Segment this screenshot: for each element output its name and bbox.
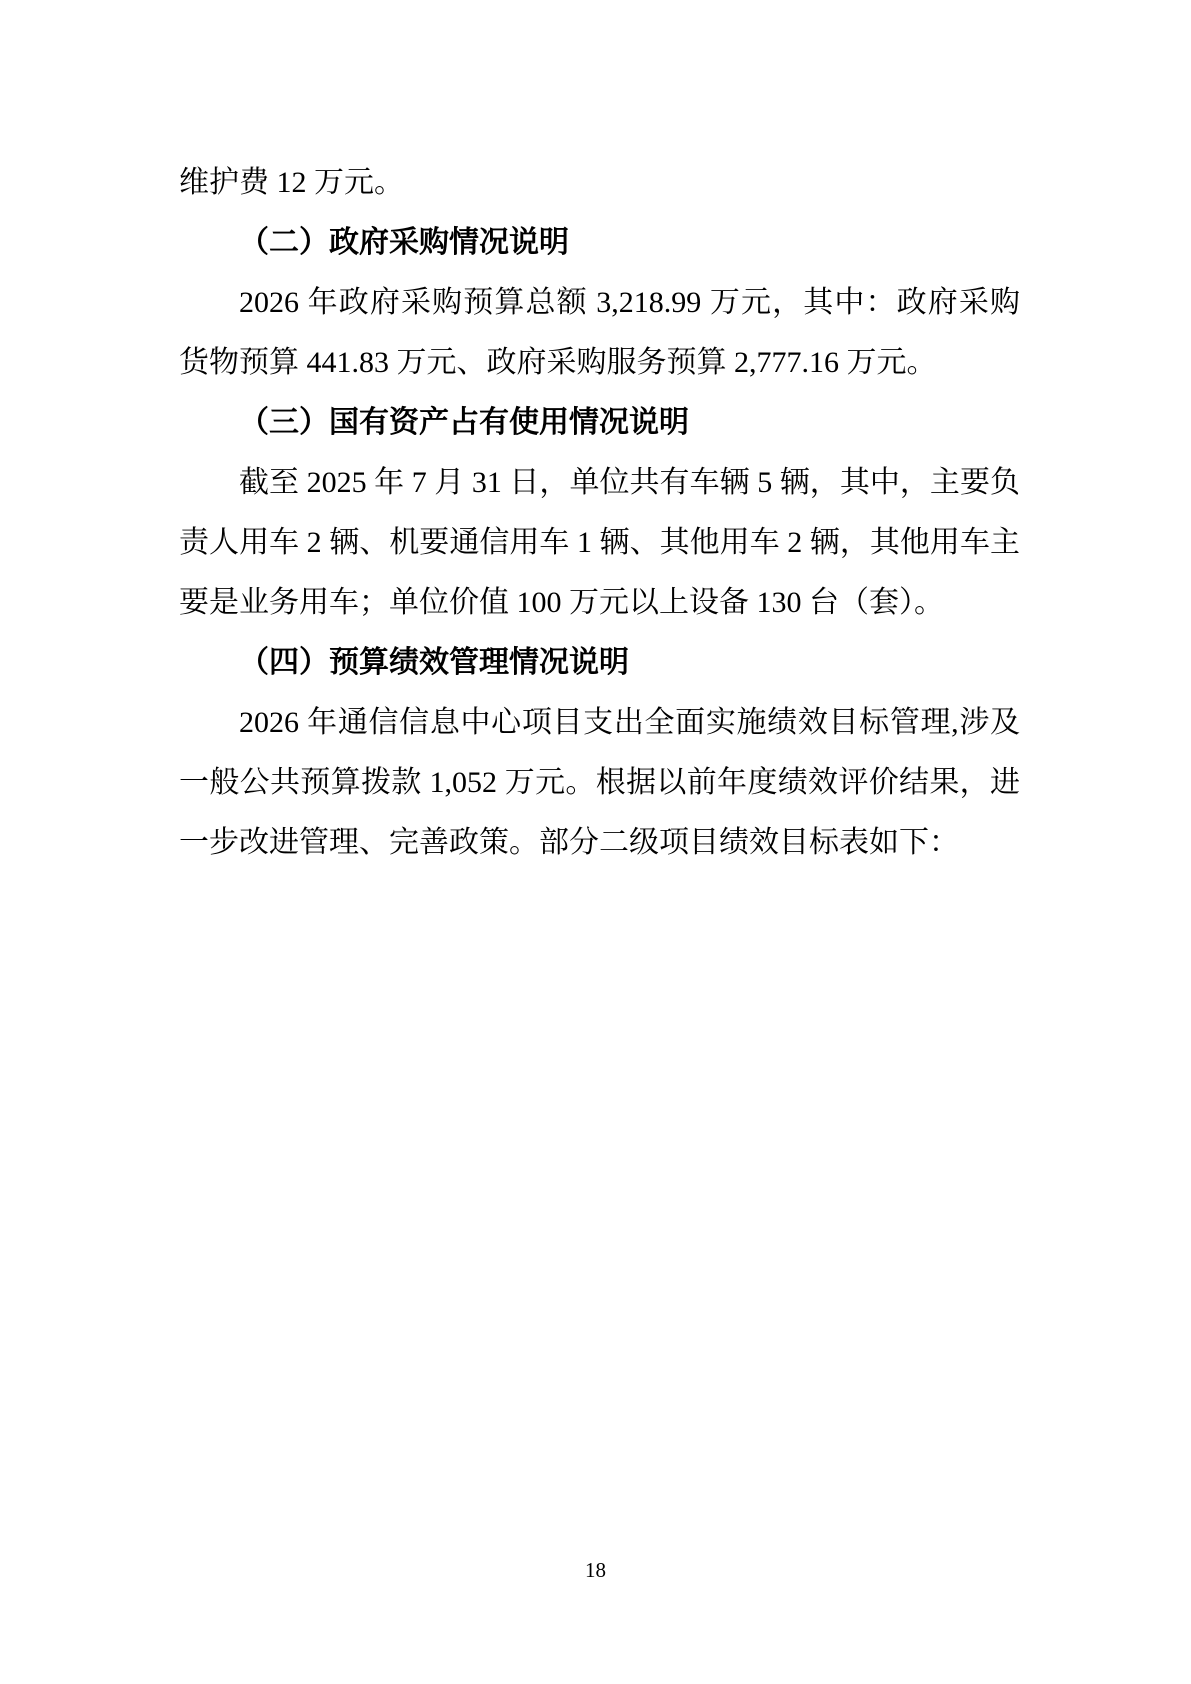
document-page: 维护费 12 万元。 （二）政府采购情况说明 2026 年政府采购预算总额 3,… [0,0,1191,1684]
assets-paragraph-line-1: 截至 2025 年 7 月 31 日，单位共有车辆 5 辆，其中，主要负 [179,453,1020,513]
performance-paragraph-line-2: 一般公共预算拨款 1,052 万元。根据以前年度绩效评价结果，进 [179,753,1020,813]
body-line-maintenance-fee: 维护费 12 万元。 [179,153,1020,213]
page-number: 18 [0,1556,1191,1584]
performance-paragraph-line-1: 2026 年通信信息中心项目支出全面实施绩效目标管理,涉及 [179,693,1020,753]
document-body: 维护费 12 万元。 （二）政府采购情况说明 2026 年政府采购预算总额 3,… [179,153,1020,873]
procurement-paragraph-line-2: 货物预算 441.83 万元、政府采购服务预算 2,777.16 万元。 [179,333,1020,393]
section-3-heading: （三）国有资产占有使用情况说明 [179,393,1020,453]
procurement-paragraph-line-1: 2026 年政府采购预算总额 3,218.99 万元，其中：政府采购 [179,273,1020,333]
assets-paragraph-line-2: 责人用车 2 辆、机要通信用车 1 辆、其他用车 2 辆，其他用车主 [179,513,1020,573]
performance-paragraph-line-3: 一步改进管理、完善政策。部分二级项目绩效目标表如下： [179,813,1020,873]
assets-paragraph-line-3: 要是业务用车；单位价值 100 万元以上设备 130 台（套）。 [179,573,1020,633]
section-2-heading: （二）政府采购情况说明 [179,213,1020,273]
section-4-heading: （四）预算绩效管理情况说明 [179,633,1020,693]
